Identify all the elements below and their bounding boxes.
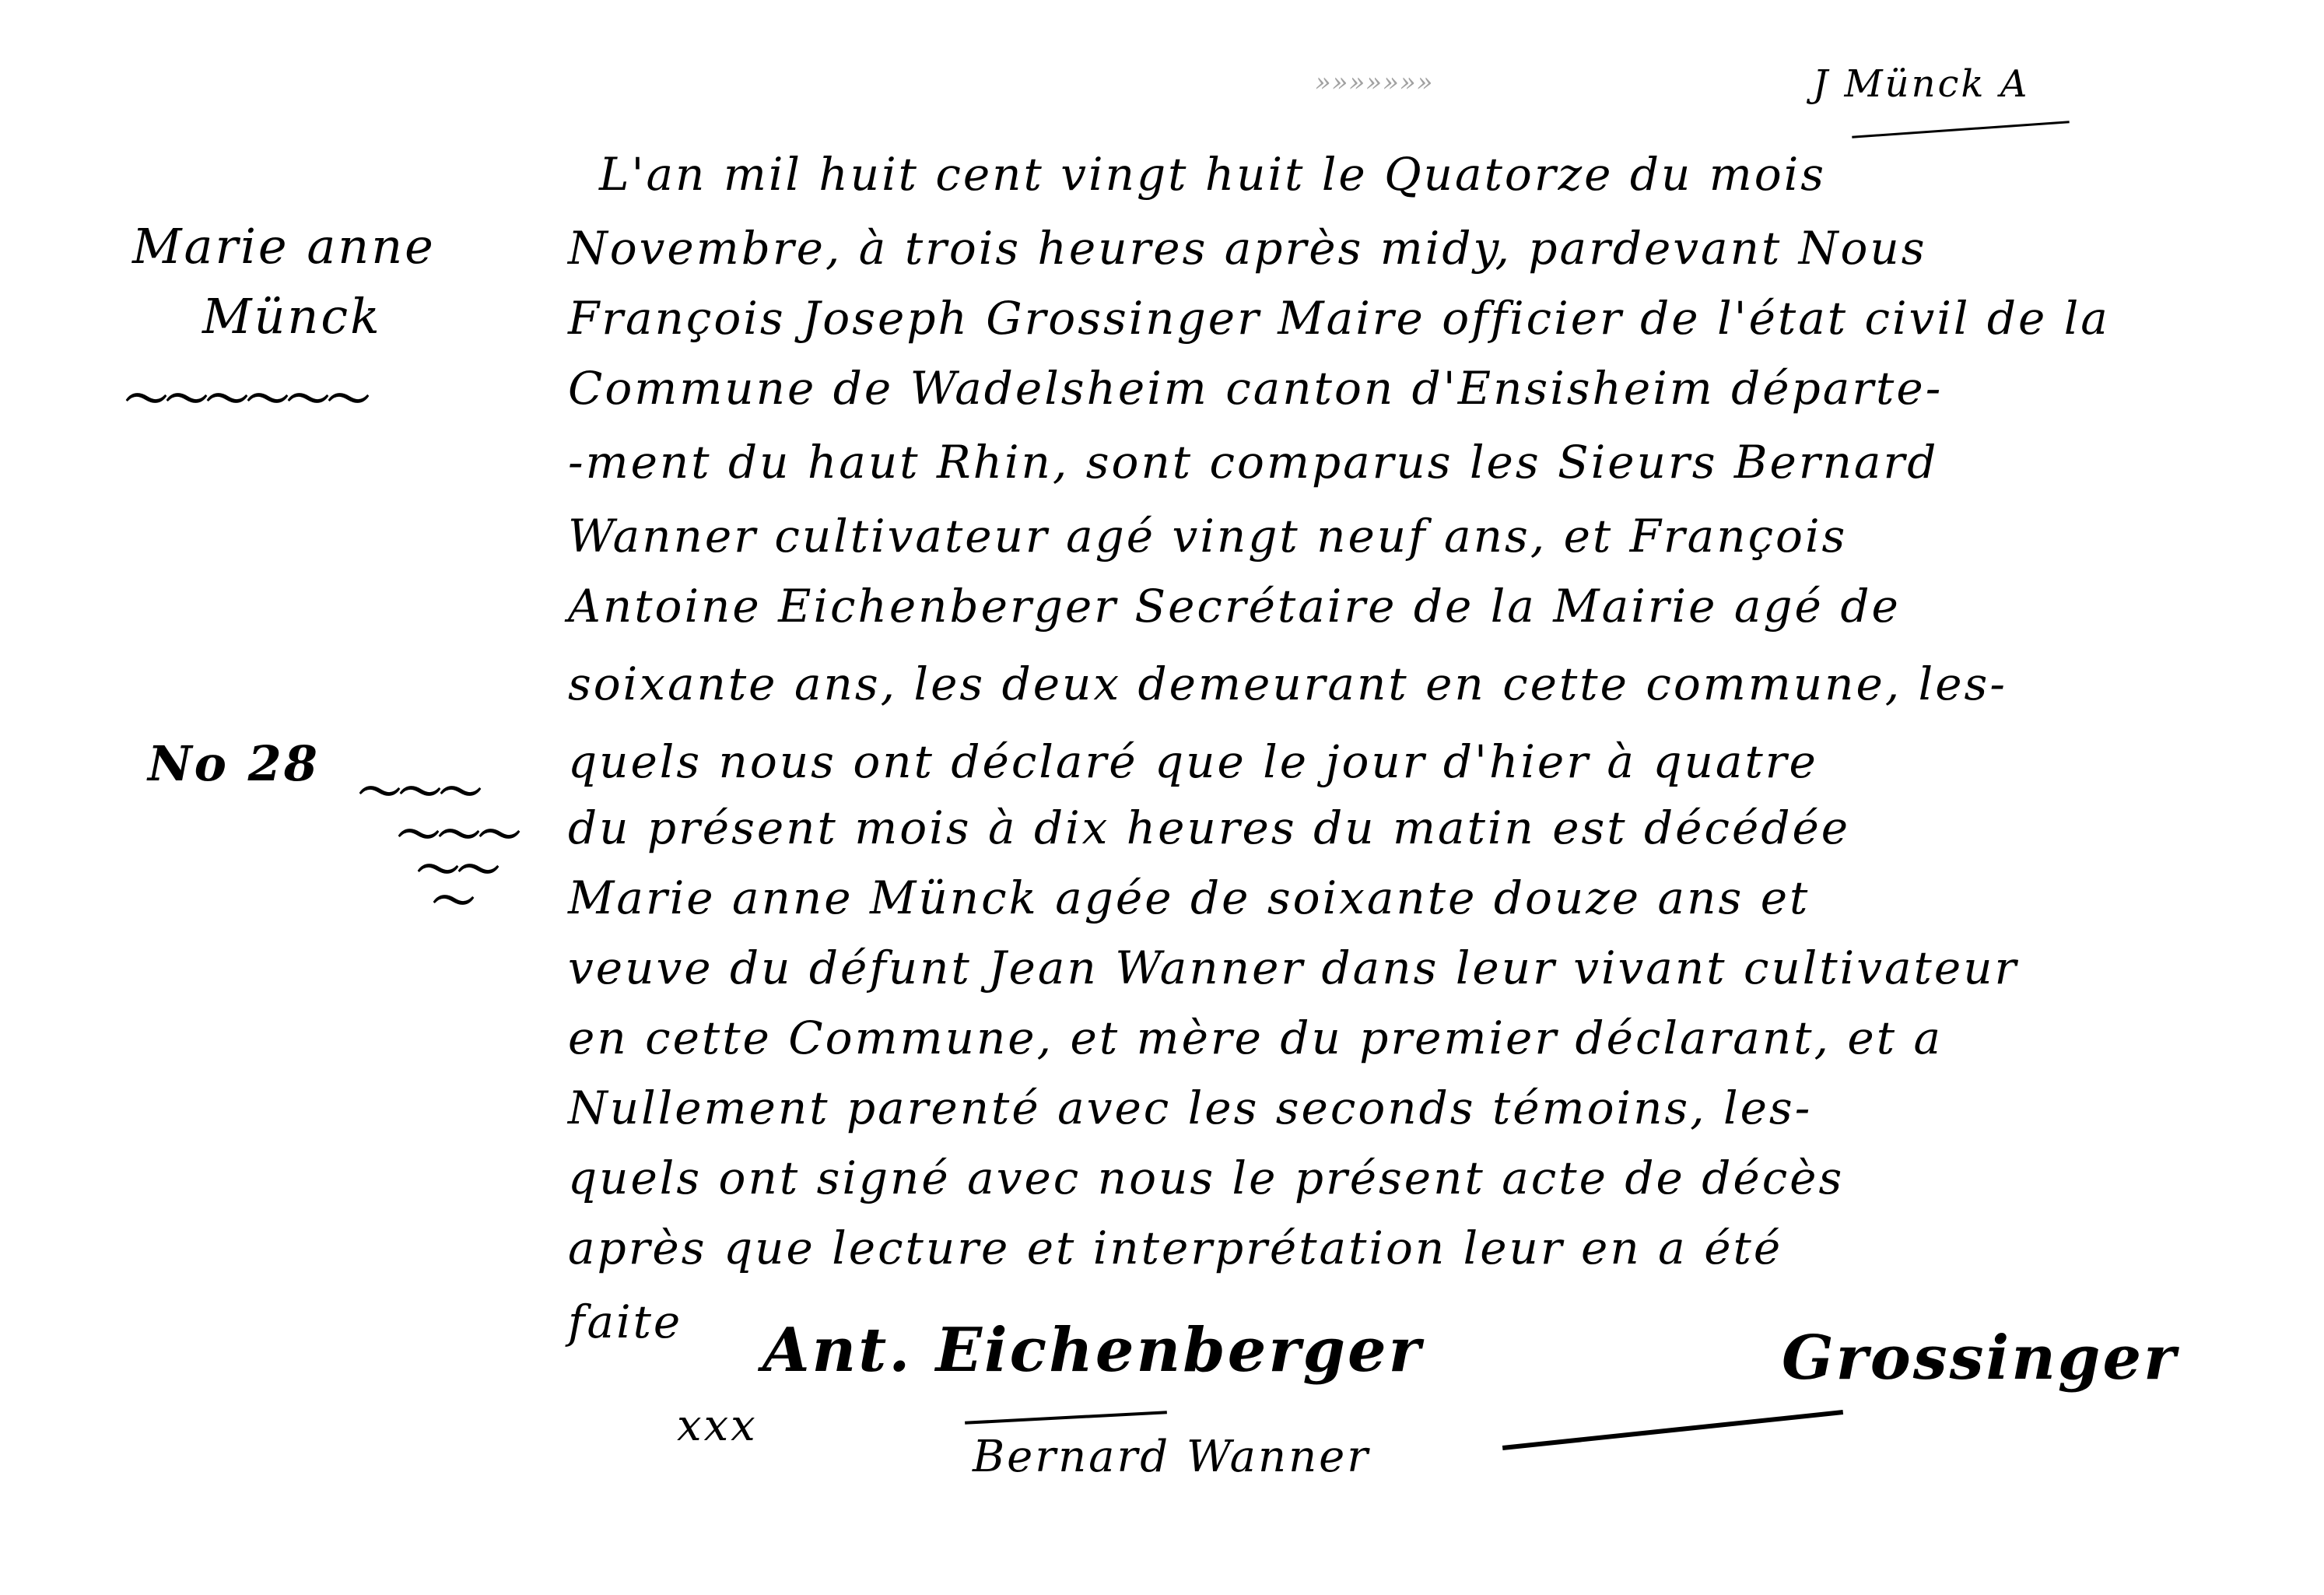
body-line-9: quels nous ont déclaré que le jour d'hie… [568,735,1818,788]
body-line-11: Marie anne Münck agée de soixante douze … [568,871,1810,924]
margin-name-line-1: Marie anne [132,218,436,275]
body-line-2: Novembre, à trois heures après midy, par… [568,222,1927,275]
body-line-5: -ment du haut Rhin, sont comparus les Si… [568,436,1938,489]
body-line-16: après que lecture et interprétation leur… [568,1222,1782,1274]
body-line-17: faite [568,1295,682,1348]
body-line-7: Antoine Eichenberger Secrétaire de la Ma… [568,580,1901,633]
faint-stamp: »»»»»»» [1315,67,1434,98]
margin-name-line-2: Münck [202,288,382,345]
body-line-1: L'an mil huit cent vingt huit le Quatorz… [599,148,1826,201]
corner-note: J Münck A [1813,62,2029,106]
body-line-14: Nullement parenté avec les seconds témoi… [568,1081,1812,1134]
body-line-15: quels ont signé avec nous le présent act… [568,1152,1844,1204]
signature-cross-stroke [965,1411,1167,1425]
body-line-13: en cette Commune, et mère du premier déc… [568,1011,1943,1064]
body-line-8: soixante ans, les deux demeurant en cett… [568,657,2007,710]
body-line-12: veuve du défunt Jean Wanner dans leur vi… [568,941,2018,994]
margin-flourish-1: 〜〜〜〜〜〜 [124,366,367,428]
signature-eichenberger: Ant. Eichenberger [762,1315,1423,1386]
corner-underline [1852,121,2070,138]
signature-flourish-stroke [1502,1410,1843,1450]
body-line-10: du présent mois à dix heures du matin es… [568,801,1850,854]
record-number: No 28 [148,735,320,792]
signature-wanner: Bernard Wanner [973,1432,1370,1482]
body-line-6: Wanner cultivateur agé vingt neuf ans, e… [568,510,1847,563]
document-page: »»»»»»» J Münck A Marie anne Münck 〜〜〜〜〜… [0,0,2324,1595]
body-line-3: François Joseph Grossinger Maire officie… [568,292,2110,345]
signature-mark: xxx [677,1400,758,1451]
signature-grossinger: Grossinger [1782,1323,2178,1393]
body-line-4: Commune de Wadelsheim canton d'Ensisheim… [568,362,1943,415]
margin-flourish-5: 〜 [432,868,472,930]
